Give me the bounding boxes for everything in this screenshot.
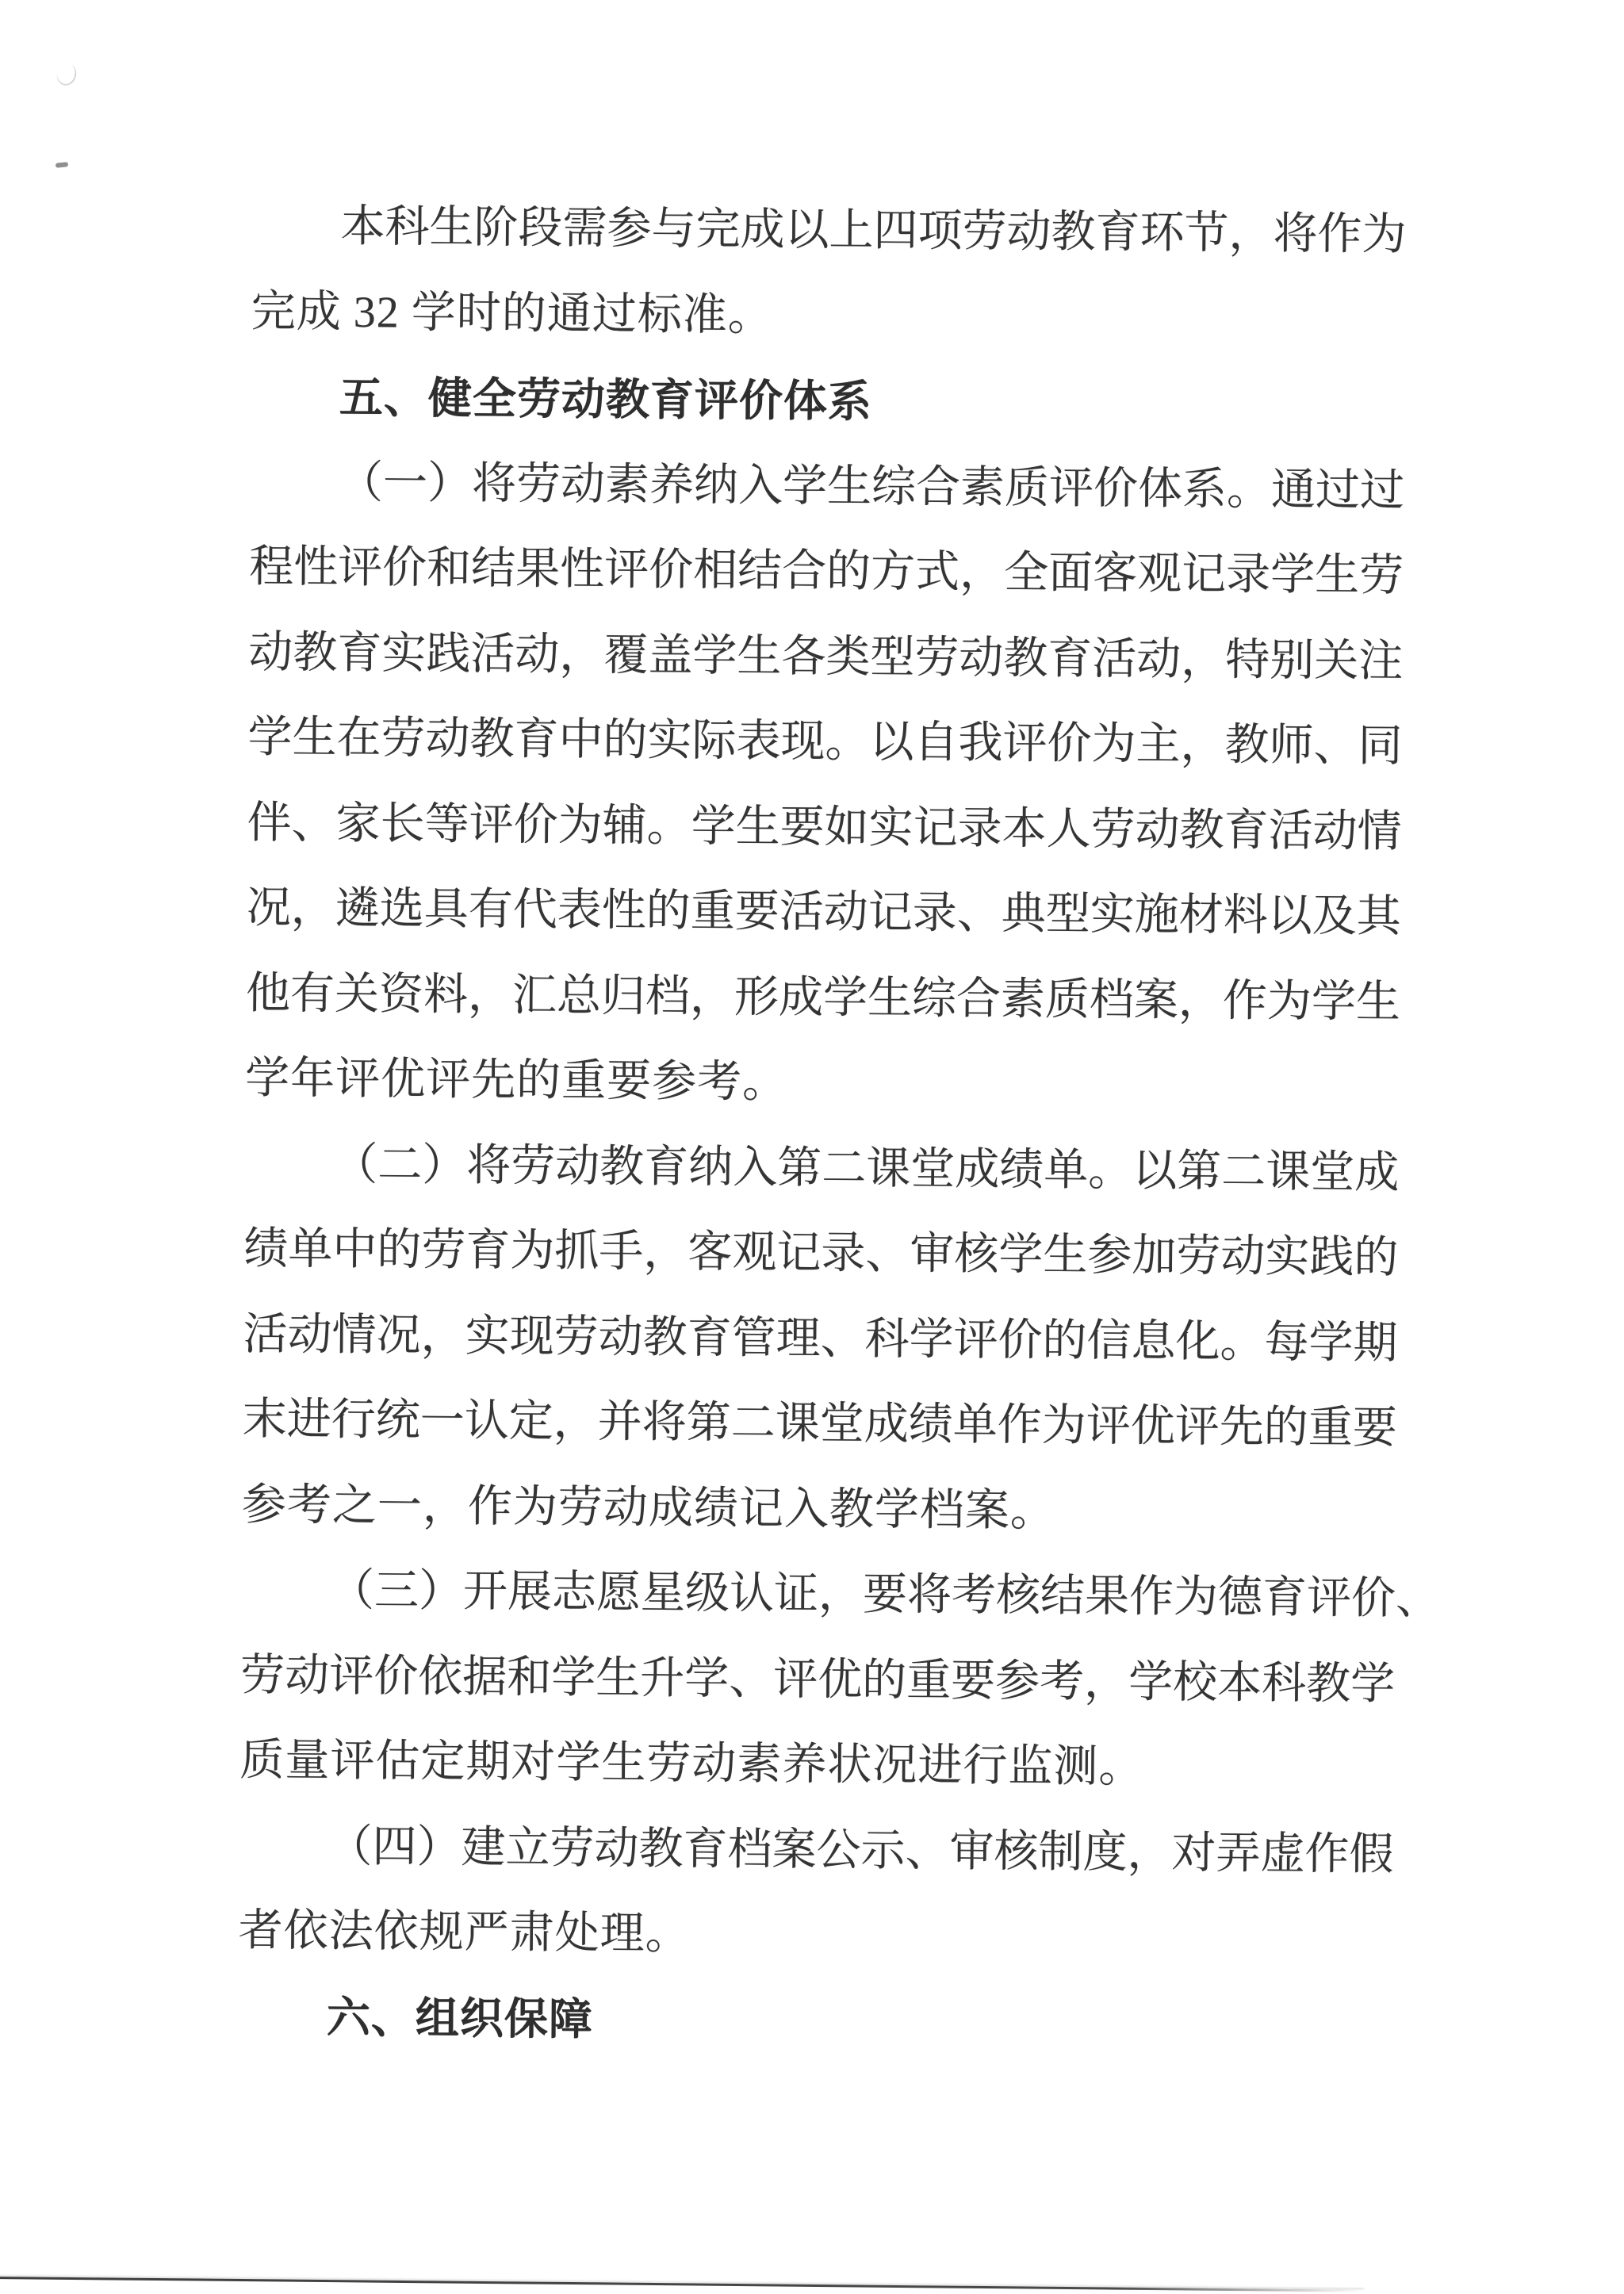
glyph: 生 bbox=[1315, 534, 1360, 619]
glyph: 纳 bbox=[694, 443, 739, 529]
glyph: 末 bbox=[242, 1377, 287, 1463]
glyph: 学 bbox=[1308, 1300, 1354, 1386]
glyph: 劳 bbox=[1359, 534, 1404, 619]
glyph: 生 bbox=[596, 1636, 641, 1721]
glyph: 评 bbox=[1086, 1384, 1131, 1469]
glyph: 育 bbox=[644, 1124, 689, 1210]
glyph: 生 bbox=[1356, 959, 1401, 1045]
glyph: 档 bbox=[1090, 958, 1135, 1044]
glyph: 合 bbox=[956, 957, 1002, 1043]
glyph: 体 bbox=[1138, 446, 1183, 532]
glyph: 志 bbox=[552, 1550, 597, 1636]
glyph: 作 bbox=[1304, 1812, 1350, 1898]
glyph: 结 bbox=[471, 527, 516, 612]
glyph: 要 bbox=[1352, 1386, 1397, 1472]
glyph: 环 bbox=[1139, 191, 1185, 277]
glyph: 现 bbox=[780, 699, 825, 785]
glyph: 生 bbox=[737, 614, 782, 699]
glyph: 选 bbox=[379, 867, 424, 952]
glyph: 评 bbox=[1174, 1384, 1220, 1470]
glyph: 动 bbox=[1136, 617, 1182, 703]
glyph: 学 bbox=[783, 444, 828, 530]
glyph: 。 bbox=[1088, 1128, 1133, 1214]
glyph: 动 bbox=[959, 616, 1004, 702]
glyph: 审 bbox=[949, 1809, 994, 1894]
glyph: 绩 bbox=[908, 1383, 953, 1469]
glyph: 观 bbox=[1137, 532, 1182, 618]
text-line: 学生在劳动教育中的实际表现。以自我评价为主，教师、同 bbox=[247, 695, 1377, 790]
glyph: ， bbox=[1228, 192, 1274, 278]
glyph: 动 bbox=[1220, 1215, 1266, 1300]
glyph: 三 bbox=[374, 1549, 419, 1634]
glyph: 证 bbox=[774, 1552, 819, 1637]
glyph: 将 bbox=[466, 1124, 511, 1209]
glyph: 形 bbox=[734, 955, 779, 1040]
glyph: 记 bbox=[913, 786, 958, 871]
glyph: 展 bbox=[507, 1550, 553, 1636]
glyph: 相 bbox=[693, 528, 738, 614]
glyph: 价 bbox=[1094, 446, 1139, 532]
glyph: 以 bbox=[784, 188, 829, 274]
glyph: 成 bbox=[1354, 1130, 1400, 1216]
glyph: 要 bbox=[779, 785, 825, 871]
glyph: 。 bbox=[1227, 447, 1272, 533]
glyph: ， bbox=[818, 1553, 864, 1638]
glyph: 和 bbox=[507, 1635, 552, 1721]
glyph: 育 bbox=[465, 1208, 511, 1294]
glyph: 一 bbox=[419, 1379, 465, 1465]
glyph: 施 bbox=[1134, 873, 1179, 959]
glyph: 抓 bbox=[554, 1209, 599, 1295]
glyph: 案 bbox=[772, 1808, 817, 1894]
glyph: 有 bbox=[468, 867, 513, 953]
glyph: ， bbox=[1178, 959, 1224, 1044]
glyph: 动 bbox=[287, 1293, 332, 1378]
glyph: 价 bbox=[373, 1634, 419, 1720]
glyph: 过 bbox=[1316, 448, 1361, 534]
glyph: 养 bbox=[649, 442, 695, 528]
glyph: 型 bbox=[870, 615, 915, 701]
glyph: 信 bbox=[1086, 1299, 1132, 1384]
glyph: 以 bbox=[1132, 1128, 1178, 1214]
glyph: 为 bbox=[1267, 959, 1312, 1045]
glyph: 生 bbox=[827, 444, 872, 530]
glyph: 家 bbox=[335, 781, 381, 867]
glyph: 先 bbox=[1219, 1385, 1264, 1471]
glyph: 料 bbox=[1223, 874, 1268, 959]
glyph: 活 bbox=[1092, 617, 1137, 703]
text-line: （三）开展志愿星级认证，要将考核结果作为德育评价、 bbox=[241, 1548, 1371, 1642]
glyph: 科 bbox=[864, 1297, 910, 1383]
glyph: 劳 bbox=[550, 1806, 595, 1892]
glyph: 并 bbox=[597, 1380, 642, 1465]
glyph: 质 bbox=[1045, 957, 1090, 1043]
glyph: 加 bbox=[1132, 1214, 1177, 1300]
glyph: 育 bbox=[1048, 616, 1093, 702]
glyph: 校 bbox=[1173, 1641, 1218, 1726]
glyph: 学 bbox=[247, 695, 293, 781]
glyph: 完 bbox=[695, 187, 741, 273]
glyph: 情 bbox=[331, 1293, 377, 1378]
glyph: 动 bbox=[823, 871, 868, 956]
glyph: 第 bbox=[686, 1381, 731, 1466]
glyph: 为 bbox=[1041, 1384, 1086, 1469]
glyph: 示 bbox=[860, 1809, 906, 1894]
glyph: 归 bbox=[601, 954, 646, 1040]
glyph: ， bbox=[1127, 1810, 1172, 1896]
glyph: 代 bbox=[512, 868, 557, 954]
glyph: 劳 bbox=[516, 442, 561, 527]
glyph: 绩 bbox=[999, 1128, 1044, 1213]
glyph: 劳 bbox=[1090, 787, 1136, 873]
glyph: 对 bbox=[1171, 1811, 1216, 1897]
glyph: 认 bbox=[464, 1379, 509, 1465]
glyph: 核 bbox=[996, 1553, 1041, 1639]
glyph: 同 bbox=[1358, 704, 1403, 790]
glyph: 要 bbox=[863, 1553, 908, 1638]
glyph: 为 bbox=[510, 1209, 555, 1295]
glyph: 劳 bbox=[240, 1633, 285, 1718]
glyph: 参 bbox=[1087, 1213, 1132, 1299]
glyph: 中 bbox=[332, 1208, 377, 1293]
glyph: 实 bbox=[381, 611, 427, 697]
glyph: 四 bbox=[873, 189, 918, 274]
glyph: 评 bbox=[469, 783, 514, 868]
glyph: 公 bbox=[816, 1808, 861, 1894]
glyph: 别 bbox=[1270, 618, 1315, 704]
glyph: 定 bbox=[508, 1380, 553, 1465]
glyph: 教 bbox=[1306, 1641, 1351, 1727]
glyph: 动 bbox=[598, 1295, 643, 1381]
glyph: 素 bbox=[960, 446, 1005, 531]
glyph: 劳 bbox=[1176, 1214, 1221, 1300]
glyph: 成 bbox=[779, 956, 824, 1041]
glyph: 星 bbox=[641, 1551, 686, 1637]
glyph: 活 bbox=[779, 870, 824, 956]
glyph: 为 bbox=[557, 783, 603, 869]
glyph: 综 bbox=[912, 956, 957, 1042]
glyph: 合 bbox=[782, 529, 827, 615]
glyph: 型 bbox=[1045, 872, 1090, 958]
glyph: 二 bbox=[730, 1381, 776, 1467]
glyph: 二 bbox=[1221, 1129, 1266, 1215]
glyph: ） bbox=[419, 1549, 464, 1635]
glyph: 行 bbox=[331, 1378, 376, 1464]
glyph: 为 bbox=[1091, 702, 1136, 787]
text-line: 参考之一，作为劳动成绩记入教学档案。 bbox=[241, 1462, 1371, 1557]
glyph: 综 bbox=[871, 445, 917, 530]
glyph: 期 bbox=[1353, 1300, 1398, 1386]
glyph: 学 bbox=[1350, 1641, 1396, 1727]
glyph: 核 bbox=[954, 1212, 999, 1298]
glyph: 资 bbox=[379, 952, 424, 1038]
glyph: 教 bbox=[1003, 616, 1048, 702]
glyph: 价 bbox=[513, 783, 558, 868]
glyph: 四 bbox=[372, 1805, 417, 1890]
glyph: 式 bbox=[915, 530, 960, 616]
glyph: 成 bbox=[740, 188, 785, 274]
glyph: 升 bbox=[640, 1636, 685, 1721]
glyph: 的 bbox=[1263, 1385, 1308, 1471]
text-line: 者依法依规严肃处理。 bbox=[238, 1889, 1368, 1983]
glyph: 级 bbox=[685, 1551, 730, 1637]
glyph: 的 bbox=[603, 698, 648, 783]
glyph: 实 bbox=[868, 786, 913, 871]
glyph: 评 bbox=[329, 1633, 374, 1719]
glyph: 将 bbox=[1273, 192, 1318, 278]
glyph: 生 bbox=[868, 956, 913, 1042]
glyph: 入 bbox=[738, 443, 783, 529]
glyph: 课 bbox=[775, 1381, 820, 1467]
glyph: 记 bbox=[1182, 532, 1227, 618]
glyph: 育 bbox=[687, 1296, 732, 1381]
glyph: 教 bbox=[1051, 190, 1096, 276]
glyph: 重 bbox=[690, 869, 735, 955]
glyph: 践 bbox=[426, 611, 471, 697]
glyph: 育 bbox=[683, 1807, 728, 1893]
text-line: 学年评优评先的重要参考。 bbox=[245, 1036, 1375, 1131]
glyph: 息 bbox=[1131, 1299, 1176, 1384]
glyph: 、 bbox=[1396, 1557, 1441, 1642]
glyph: 学 bbox=[1270, 533, 1316, 618]
glyph: ， bbox=[553, 1380, 598, 1465]
glyph: 评 bbox=[953, 1297, 998, 1383]
glyph: 与 bbox=[651, 187, 696, 273]
glyph: 动 bbox=[555, 1124, 600, 1210]
glyph: 上 bbox=[829, 189, 874, 274]
glyph: 作 bbox=[1223, 959, 1268, 1044]
glyph: 以 bbox=[1267, 874, 1312, 959]
glyph: ） bbox=[422, 1123, 467, 1208]
glyph: ， bbox=[559, 613, 604, 699]
glyph: 单 bbox=[1044, 1128, 1089, 1213]
glyph: 师 bbox=[1269, 703, 1314, 789]
glyph: 度 bbox=[1082, 1810, 1128, 1896]
glyph: 方 bbox=[871, 530, 916, 615]
text-line: 本科生阶段需参与完成以上四项劳动教育环节，将作为 bbox=[251, 184, 1381, 278]
glyph: 表 bbox=[557, 868, 602, 954]
glyph: 各 bbox=[781, 615, 826, 700]
glyph: 德 bbox=[1218, 1556, 1263, 1641]
glyph: ， bbox=[690, 955, 735, 1040]
glyph: 科 bbox=[1262, 1641, 1307, 1727]
glyph: 学 bbox=[823, 956, 868, 1041]
glyph: 实 bbox=[1265, 1215, 1310, 1300]
glyph: 学 bbox=[684, 1637, 730, 1722]
glyph: 纳 bbox=[688, 1125, 733, 1211]
glyph: 动 bbox=[1312, 789, 1358, 875]
glyph: 系 bbox=[1182, 447, 1228, 533]
glyph: 典 bbox=[1001, 871, 1046, 957]
glyph: 、 bbox=[820, 1296, 865, 1382]
glyph: 化 bbox=[1175, 1300, 1220, 1385]
glyph: 段 bbox=[518, 186, 563, 272]
glyph: 况 bbox=[376, 1293, 421, 1379]
glyph: 管 bbox=[731, 1296, 776, 1381]
text-line: 活动情况，实现劳动教育管理、科学评价的信息化。每学期 bbox=[243, 1292, 1373, 1386]
glyph: 第 bbox=[777, 1126, 822, 1212]
glyph: 愿 bbox=[596, 1550, 642, 1636]
glyph: 动 bbox=[285, 1633, 330, 1719]
glyph: 生 bbox=[1043, 1213, 1088, 1299]
glyph: 一 bbox=[383, 441, 428, 527]
glyph: 绩 bbox=[243, 1207, 289, 1293]
glyph: 参 bbox=[995, 1639, 1040, 1725]
glyph: 合 bbox=[916, 445, 961, 530]
glyph: 为 bbox=[1174, 1555, 1219, 1641]
glyph: 价 bbox=[1047, 702, 1092, 787]
glyph: 核 bbox=[994, 1810, 1039, 1895]
glyph: ， bbox=[468, 953, 513, 1039]
glyph: 教 bbox=[599, 1124, 645, 1210]
glyph: ， bbox=[290, 866, 335, 952]
glyph: 节 bbox=[1184, 191, 1229, 277]
glyph: 二 bbox=[377, 1123, 423, 1208]
glyph: 参 bbox=[607, 187, 652, 273]
glyph: 结 bbox=[1040, 1554, 1086, 1640]
glyph: 及 bbox=[1312, 875, 1357, 960]
glyph: 动 bbox=[1135, 787, 1180, 873]
glyph: 情 bbox=[1357, 789, 1402, 875]
glyph: 手 bbox=[599, 1209, 644, 1295]
section-heading: 六、组织保障 bbox=[237, 1974, 1367, 2068]
glyph: 汇 bbox=[512, 953, 557, 1039]
text-line: 动教育实践活动，覆盖学生各类型劳动教育活动，特别关注 bbox=[248, 610, 1378, 704]
glyph: 。 bbox=[1220, 1300, 1265, 1385]
glyph: 据 bbox=[462, 1635, 507, 1721]
glyph: 阶 bbox=[473, 186, 519, 271]
glyph: 优 bbox=[818, 1637, 863, 1723]
text-line: 绩单中的劳育为抓手，客观记录、审核学生参加劳动实践的 bbox=[243, 1207, 1373, 1301]
glyph: 果 bbox=[515, 527, 561, 613]
glyph: 价 bbox=[1351, 1557, 1396, 1642]
glyph: ， bbox=[1084, 1640, 1129, 1725]
glyph: 动 bbox=[248, 610, 293, 695]
glyph: 际 bbox=[691, 699, 737, 784]
glyph: 教 bbox=[293, 611, 338, 696]
glyph: 录 bbox=[912, 871, 957, 957]
glyph: 活 bbox=[470, 612, 515, 698]
glyph: 学 bbox=[691, 784, 736, 870]
text-line: 质量评估定期对学生劳动素养状况进行监测。 bbox=[239, 1718, 1369, 1813]
glyph: ， bbox=[1181, 618, 1226, 703]
text-line: 他有关资料，汇总归档，形成学生综合素质档案，作为学生 bbox=[246, 951, 1376, 1045]
glyph: 的 bbox=[1354, 1216, 1399, 1301]
glyph: ， bbox=[959, 530, 1005, 616]
glyph: 优 bbox=[1130, 1384, 1175, 1470]
glyph: 总 bbox=[557, 954, 602, 1040]
glyph: 动 bbox=[515, 612, 560, 698]
glyph: 和 bbox=[427, 527, 472, 612]
glyph: 、 bbox=[865, 1212, 910, 1297]
glyph: 动 bbox=[561, 442, 606, 528]
glyph: 以 bbox=[869, 700, 914, 786]
glyph: 档 bbox=[645, 954, 691, 1040]
glyph: 劳 bbox=[381, 696, 426, 782]
glyph: 评 bbox=[604, 528, 649, 614]
glyph: 况 bbox=[246, 866, 291, 952]
glyph: 现 bbox=[509, 1294, 554, 1380]
glyph: 评 bbox=[773, 1637, 818, 1723]
glyph: 考 bbox=[1040, 1639, 1085, 1725]
glyph: 劳 bbox=[511, 1124, 556, 1209]
glyph: 认 bbox=[730, 1552, 775, 1637]
glyph: 在 bbox=[336, 696, 381, 782]
glyph: 料 bbox=[423, 952, 469, 1038]
glyph: 实 bbox=[465, 1294, 510, 1380]
glyph: 表 bbox=[736, 699, 781, 785]
glyph: 录 bbox=[1226, 533, 1271, 618]
glyph: 中 bbox=[558, 698, 603, 783]
glyph: 结 bbox=[737, 529, 783, 615]
glyph: 单 bbox=[288, 1207, 333, 1293]
glyph: 性 bbox=[293, 525, 339, 611]
glyph: 虚 bbox=[1260, 1812, 1305, 1898]
glyph: 素 bbox=[1001, 957, 1046, 1043]
glyph: 劳 bbox=[962, 190, 1007, 275]
glyph: 记 bbox=[868, 871, 913, 956]
glyph: 考 bbox=[952, 1553, 997, 1639]
glyph: 自 bbox=[913, 701, 959, 787]
glyph: 通 bbox=[1271, 448, 1316, 534]
glyph: 学 bbox=[998, 1212, 1044, 1298]
glyph: 长 bbox=[380, 782, 425, 867]
glyph: 动 bbox=[425, 697, 470, 783]
text-line: 况，遴选具有代表性的重要活动记录、典型实施材料以及其 bbox=[246, 866, 1376, 960]
glyph: （ bbox=[333, 1122, 378, 1208]
glyph: 育 bbox=[1262, 1556, 1308, 1641]
glyph: 入 bbox=[733, 1125, 778, 1211]
glyph: 如 bbox=[824, 785, 869, 871]
glyph: 辅 bbox=[602, 783, 647, 869]
glyph: 项 bbox=[917, 190, 963, 275]
glyph: 堂 bbox=[819, 1382, 864, 1468]
glyph: 成 bbox=[864, 1382, 909, 1468]
glyph: 关 bbox=[1314, 618, 1359, 704]
glyph: 理 bbox=[776, 1296, 821, 1382]
glyph: 全 bbox=[1004, 530, 1049, 616]
glyph: 价 bbox=[998, 1298, 1043, 1384]
glyph: 为 bbox=[1362, 193, 1407, 278]
text-line: （二）将劳动教育纳入第二课堂成绩单。以第二课堂成 bbox=[244, 1121, 1374, 1216]
text-line: 末进行统一认定，并将第二课堂成绩单作为评优评先的重要 bbox=[242, 1377, 1372, 1472]
glyph: 的 bbox=[377, 1208, 422, 1293]
glyph: 遴 bbox=[335, 867, 380, 952]
glyph: 关 bbox=[335, 952, 380, 1037]
glyph: 录 bbox=[957, 787, 1002, 872]
paper-bottom-edge-line bbox=[0, 2277, 1364, 2292]
glyph: 质 bbox=[1005, 446, 1050, 531]
glyph: 覆 bbox=[603, 613, 649, 699]
glyph: 劳 bbox=[914, 615, 959, 701]
glyph: 主 bbox=[1136, 703, 1181, 788]
glyph: 作 bbox=[1317, 193, 1362, 278]
glyph: 要 bbox=[734, 870, 779, 956]
glyph: 等 bbox=[424, 782, 469, 867]
glyph: 、 bbox=[956, 871, 1002, 957]
glyph: 评 bbox=[1002, 701, 1048, 787]
glyph: 建 bbox=[461, 1806, 506, 1891]
glyph: 单 bbox=[952, 1383, 998, 1469]
glyph: 程 bbox=[249, 525, 294, 611]
glyph: 重 bbox=[906, 1638, 952, 1724]
scanned-document-page: 本科生阶段需参与完成以上四项劳动教育环节，将作为完成 32 学时的通过标准。五、… bbox=[0, 0, 1624, 2294]
glyph: 价 bbox=[382, 526, 427, 611]
glyph: 弄 bbox=[1216, 1811, 1261, 1897]
glyph: 性 bbox=[560, 527, 605, 613]
glyph: ， bbox=[1180, 703, 1225, 788]
glyph: 的 bbox=[826, 530, 871, 615]
